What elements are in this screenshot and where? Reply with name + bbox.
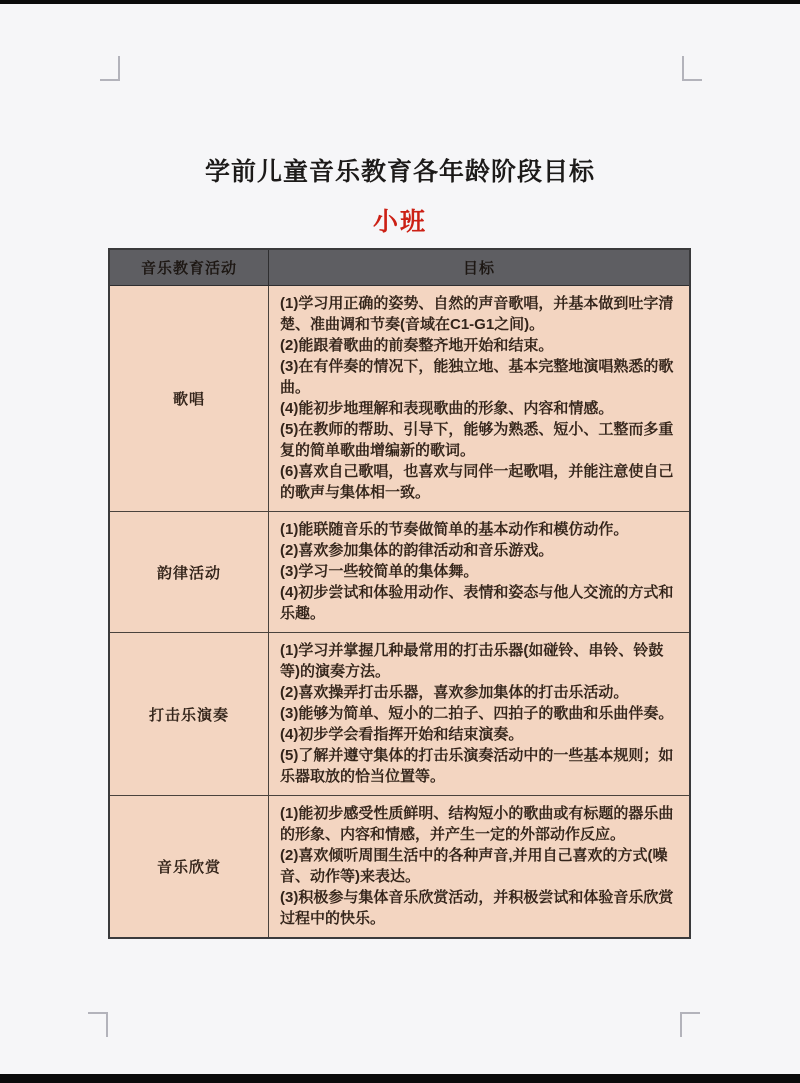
- goal-line: (1)能初步感受性质鲜明、结构短小的歌曲或有标题的器乐曲的形象、内容和情感，并产…: [280, 803, 680, 845]
- crop-mark-top-left: [100, 56, 120, 81]
- goal-line: (3)学习一些较简单的集体舞。: [280, 561, 680, 582]
- goal-line: (1)能联随音乐的节奏做简单的基本动作和模仿动作。: [280, 519, 680, 540]
- goal-line: (6)喜欢自己歌唱，也喜欢与同伴一起歌唱，并能注意使自己的歌声与集体相一致。: [280, 461, 680, 503]
- goal-line: (2)能跟着歌曲的前奏整齐地开始和结束。: [280, 335, 680, 356]
- column-header-activity: 音乐教育活动: [109, 249, 269, 286]
- header-row: 音乐教育活动 目标: [109, 249, 690, 286]
- goal-line: (4)初步尝试和体验用动作、表情和姿态与他人交流的方式和乐趣。: [280, 582, 680, 624]
- goal-line: (4)能初步地理解和表现歌曲的形象、内容和情感。: [280, 398, 680, 419]
- goal-line: (5)了解并遵守集体的打击乐演奏活动中的一些基本规则；如乐器取放的恰当位置等。: [280, 745, 680, 787]
- top-edge-bar: [0, 0, 800, 4]
- goal-line: (3)在有伴奏的情况下，能独立地、基本完整地演唱熟悉的歌曲。: [280, 356, 680, 398]
- music-goals-table: 音乐教育活动 目标 歌唱(1)学习用正确的姿势、自然的声音歌唱，并基本做到吐字清…: [108, 248, 691, 939]
- table-body: 歌唱(1)学习用正确的姿势、自然的声音歌唱，并基本做到吐字清楚、准曲调和节奏(音…: [109, 286, 690, 939]
- goal-line: (2)喜欢操弄打击乐器，喜欢参加集体的打击乐活动。: [280, 682, 680, 703]
- crop-mark-bottom-left: [88, 1012, 108, 1037]
- table-row: 韵律活动(1)能联随音乐的节奏做简单的基本动作和模仿动作。(2)喜欢参加集体的韵…: [109, 512, 690, 633]
- table-row: 打击乐演奏(1)学习并掌握几种最常用的打击乐器(如碰铃、串铃、铃鼓等)的演奏方法…: [109, 633, 690, 796]
- table-row: 歌唱(1)学习用正确的姿势、自然的声音歌唱，并基本做到吐字清楚、准曲调和节奏(音…: [109, 286, 690, 512]
- table-row: 音乐欣赏(1)能初步感受性质鲜明、结构短小的歌曲或有标题的器乐曲的形象、内容和情…: [109, 796, 690, 939]
- crop-mark-bottom-right: [680, 1012, 700, 1037]
- goals-cell: (1)能初步感受性质鲜明、结构短小的歌曲或有标题的器乐曲的形象、内容和情感，并产…: [269, 796, 691, 939]
- page-subtitle: 小班: [0, 202, 800, 238]
- activity-cell: 打击乐演奏: [109, 633, 269, 796]
- activity-cell: 韵律活动: [109, 512, 269, 633]
- table-header: 音乐教育活动 目标: [109, 249, 690, 286]
- goal-line: (5)在教师的帮助、引导下，能够为熟悉、短小、工整而多重复的简单歌曲增编新的歌词…: [280, 419, 680, 461]
- goals-cell: (1)学习并掌握几种最常用的打击乐器(如碰铃、串铃、铃鼓等)的演奏方法。(2)喜…: [269, 633, 691, 796]
- bottom-edge-bar: [0, 1074, 800, 1083]
- activity-cell: 音乐欣赏: [109, 796, 269, 939]
- activity-cell: 歌唱: [109, 286, 269, 512]
- goals-cell: (1)能联随音乐的节奏做简单的基本动作和模仿动作。(2)喜欢参加集体的韵律活动和…: [269, 512, 691, 633]
- goal-line: (4)初步学会看指挥开始和结束演奏。: [280, 724, 680, 745]
- crop-mark-top-right: [682, 56, 702, 81]
- goal-line: (1)学习用正确的姿势、自然的声音歌唱，并基本做到吐字清楚、准曲调和节奏(音域在…: [280, 293, 680, 335]
- goal-line: (3)能够为简单、短小的二拍子、四拍子的歌曲和乐曲伴奏。: [280, 703, 680, 724]
- goal-line: (3)积极参与集体音乐欣赏活动，并积极尝试和体验音乐欣赏过程中的快乐。: [280, 887, 680, 929]
- column-header-goal: 目标: [269, 249, 691, 286]
- goal-line: (2)喜欢倾听周围生活中的各种声音,并用自己喜欢的方式(噪音、动作等)来表达。: [280, 845, 680, 887]
- goal-line: (1)学习并掌握几种最常用的打击乐器(如碰铃、串铃、铃鼓等)的演奏方法。: [280, 640, 680, 682]
- goals-cell: (1)学习用正确的姿势、自然的声音歌唱，并基本做到吐字清楚、准曲调和节奏(音域在…: [269, 286, 691, 512]
- page-title: 学前儿童音乐教育各年龄阶段目标: [0, 152, 800, 188]
- goal-line: (2)喜欢参加集体的韵律活动和音乐游戏。: [280, 540, 680, 561]
